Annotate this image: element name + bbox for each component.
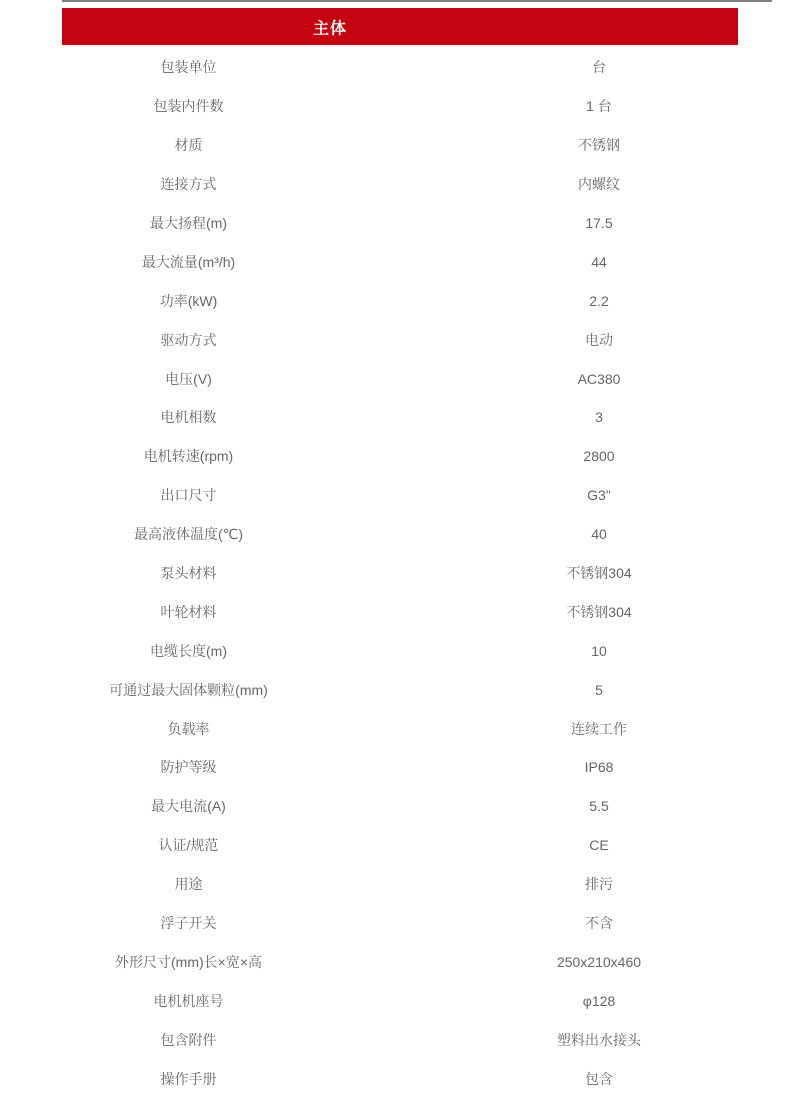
spec-value: 内螺纹 [460,174,738,194]
spec-label: 电缆长度(m) [62,641,315,661]
spec-value: 17.5 [460,215,738,231]
spec-value: IP68 [460,759,738,775]
table-row: 电机机座号φ128 [0,981,800,1020]
spec-value: 排污 [460,874,738,894]
table-row: 可通过最大固体颗粒(mm)5 [0,670,800,709]
table-row: 功率(kW)2.2 [0,281,800,320]
table-row: 连接方式内螺纹 [0,165,800,204]
table-row: 电机相数3 [0,398,800,437]
spec-value: 1 台 [460,96,738,116]
spec-value: 40 [460,526,738,542]
spec-label: 最大扬程(m) [62,213,315,233]
spec-value: 2800 [460,448,738,464]
section-header: 主体 [62,8,738,45]
spec-label: 可通过最大固体颗粒(mm) [62,680,315,700]
spec-value: 不含 [460,913,738,933]
spec-value: 不锈钢 [460,135,738,155]
spec-value: 台 [460,57,738,77]
table-row: 材质不锈钢 [0,126,800,165]
spec-label: 负载率 [62,719,315,739]
table-row: 驱动方式电动 [0,320,800,359]
spec-value: 包含 [460,1069,738,1089]
spec-value: 5.5 [460,798,738,814]
table-row: 出口尺寸G3" [0,476,800,515]
spec-label: 电机相数 [62,407,315,427]
spec-label: 功率(kW) [62,291,315,311]
spec-label: 出口尺寸 [62,485,315,505]
spec-value: 电动 [460,330,738,350]
table-row: 认证/规范CE [0,826,800,865]
top-divider [62,0,772,2]
spec-label: 用途 [62,874,315,894]
spec-value: 不锈钢304 [460,563,738,583]
table-row: 电机转速(rpm)2800 [0,437,800,476]
spec-value: 5 [460,682,738,698]
table-row: 负载率连续工作 [0,709,800,748]
spec-label: 驱动方式 [62,330,315,350]
section-title: 主体 [313,15,347,38]
spec-label: 包装内件数 [62,96,315,116]
table-row: 操作手册包含 [0,1059,800,1098]
spec-value: AC380 [460,371,738,387]
spec-value: 不锈钢304 [460,602,738,622]
spec-value: 连续工作 [460,719,738,739]
spec-label: 防护等级 [62,757,315,777]
spec-label: 包装单位 [62,57,315,77]
table-row: 电压(V)AC380 [0,359,800,398]
table-row: 电缆长度(m)10 [0,631,800,670]
spec-label: 认证/规范 [62,835,315,855]
table-row: 浮子开关不含 [0,904,800,943]
spec-label: 电压(V) [62,369,315,389]
spec-value: G3" [460,487,738,503]
spec-value: 2.2 [460,293,738,309]
table-row: 外形尺寸(mm)长×宽×高250x210x460 [0,942,800,981]
spec-label: 叶轮材料 [62,602,315,622]
spec-value: 44 [460,254,738,270]
spec-label: 浮子开关 [62,913,315,933]
spec-value: φ128 [460,993,738,1009]
spec-value: 3 [460,409,738,425]
table-row: 最高液体温度(℃)40 [0,515,800,554]
spec-value: 塑料出水接头 [460,1030,738,1050]
spec-label: 电机机座号 [62,991,315,1011]
spec-label: 最高液体温度(℃) [62,524,315,544]
table-row: 包装内件数1 台 [0,87,800,126]
table-row: 包含附件塑料出水接头 [0,1020,800,1059]
spec-label: 包含附件 [62,1030,315,1050]
table-row: 包装单位台 [0,48,800,87]
spec-label: 外形尺寸(mm)长×宽×高 [62,952,315,972]
spec-label: 连接方式 [62,174,315,194]
table-row: 防护等级IP68 [0,748,800,787]
spec-label: 操作手册 [62,1069,315,1089]
spec-table-body: 包装单位台包装内件数1 台材质不锈钢连接方式内螺纹最大扬程(m)17.5最大流量… [0,48,800,1098]
spec-label: 电机转速(rpm) [62,446,315,466]
spec-label: 泵头材料 [62,563,315,583]
spec-value: 250x210x460 [460,954,738,970]
spec-label: 最大电流(A) [62,796,315,816]
table-row: 最大流量(m³/h)44 [0,242,800,281]
table-row: 泵头材料不锈钢304 [0,554,800,593]
table-row: 叶轮材料不锈钢304 [0,592,800,631]
spec-value: CE [460,837,738,853]
spec-page: 主体 包装单位台包装内件数1 台材质不锈钢连接方式内螺纹最大扬程(m)17.5最… [0,0,800,1098]
table-row: 最大扬程(m)17.5 [0,204,800,243]
table-row: 用途排污 [0,865,800,904]
table-row: 最大电流(A)5.5 [0,787,800,826]
spec-label: 最大流量(m³/h) [62,252,315,272]
spec-label: 材质 [62,135,315,155]
spec-value: 10 [460,643,738,659]
